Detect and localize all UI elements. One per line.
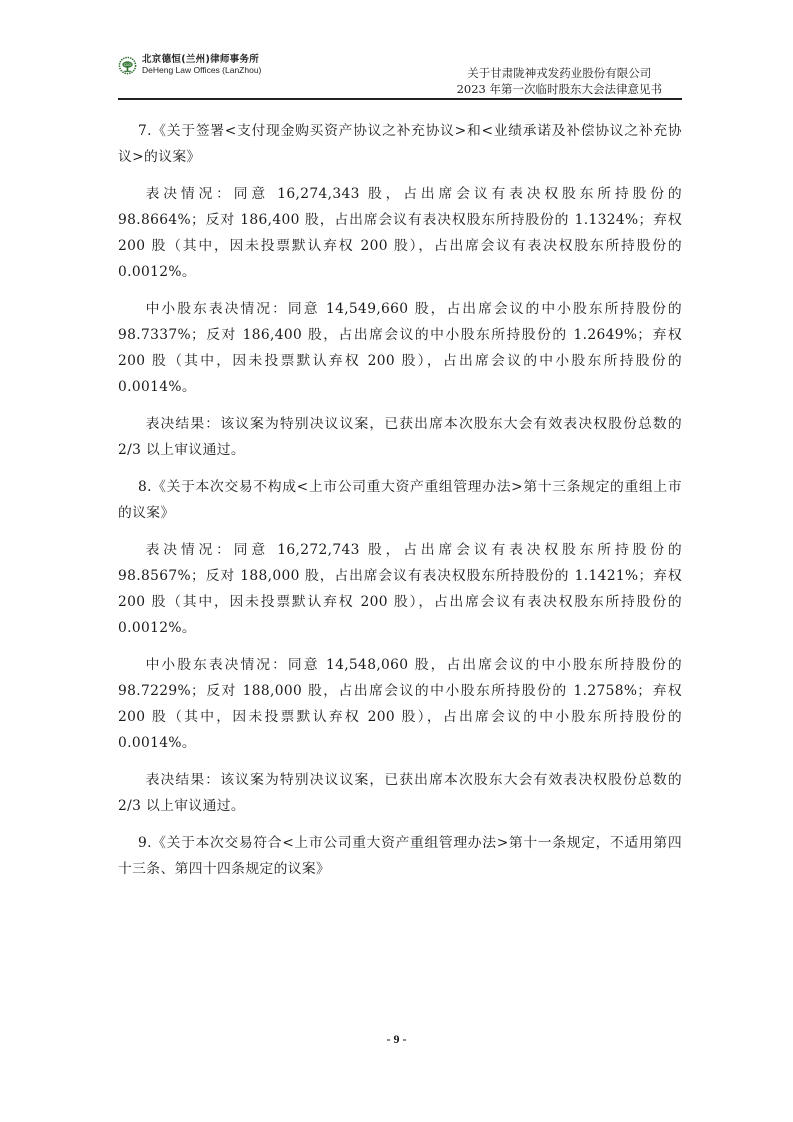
motion-7-vote-minority: 中小股东表决情况：同意 14,549,660 股，占出席会议的中小股东所持股份的… <box>118 296 682 400</box>
motion-8-vote-minority: 中小股东表决情况：同意 14,548,060 股，占出席会议的中小股东所持股份的… <box>118 652 682 756</box>
motion-9-title: 9.《关于本次交易符合<上市公司重大资产重组管理办法>第十一条规定，不适用第四十… <box>118 830 682 882</box>
motion-7-vote-all: 表决情况：同意 16,274,343 股，占出席会议有表决权股东所持股份的 98… <box>118 181 682 285</box>
document-title: 关于甘肃陇神戎发药业股份有限公司 2023 年第一次临时股东大会法律意见书 <box>457 65 662 97</box>
motion-8-title: 8.《关于本次交易不构成<上市公司重大资产重组管理办法>第十三条规定的重组上市的… <box>118 474 682 526</box>
firm-name-en: DeHeng Law Offices (LanZhou) <box>142 65 261 76</box>
document-title-line2: 2023 年第一次临时股东大会法律意见书 <box>457 81 662 97</box>
page-number: - 9 - <box>0 1032 793 1047</box>
firm-logo: CLO 北京德恒(兰州)律师事务所 DeHeng Law Offices (La… <box>118 54 261 76</box>
page-header: CLO 北京德恒(兰州)律师事务所 DeHeng Law Offices (La… <box>118 50 682 100</box>
svg-text:CLO: CLO <box>124 61 132 66</box>
header-divider <box>118 98 682 100</box>
document-title-line1: 关于甘肃陇神戎发药业股份有限公司 <box>457 65 662 81</box>
firm-logo-icon: CLO <box>118 56 137 75</box>
firm-name-cn: 北京德恒(兰州)律师事务所 <box>142 54 261 65</box>
motion-8-result: 表决结果：该议案为特别决议议案，已获出席本次股东大会有效表决权股份总数的 2/3… <box>118 767 682 819</box>
motion-8-vote-all: 表决情况：同意 16,272,743 股，占出席会议有表决权股东所持股份的 98… <box>118 537 682 641</box>
motion-7-title: 7.《关于签署<支付现金购买资产协议之补充协议>和<业绩承诺及补偿协议之补充协议… <box>118 118 682 170</box>
motion-7-result: 表决结果：该议案为特别决议议案，已获出席本次股东大会有效表决权股份总数的 2/3… <box>118 411 682 463</box>
document-body: 7.《关于签署<支付现金购买资产协议之补充协议>和<业绩承诺及补偿协议之补充协议… <box>118 118 682 882</box>
